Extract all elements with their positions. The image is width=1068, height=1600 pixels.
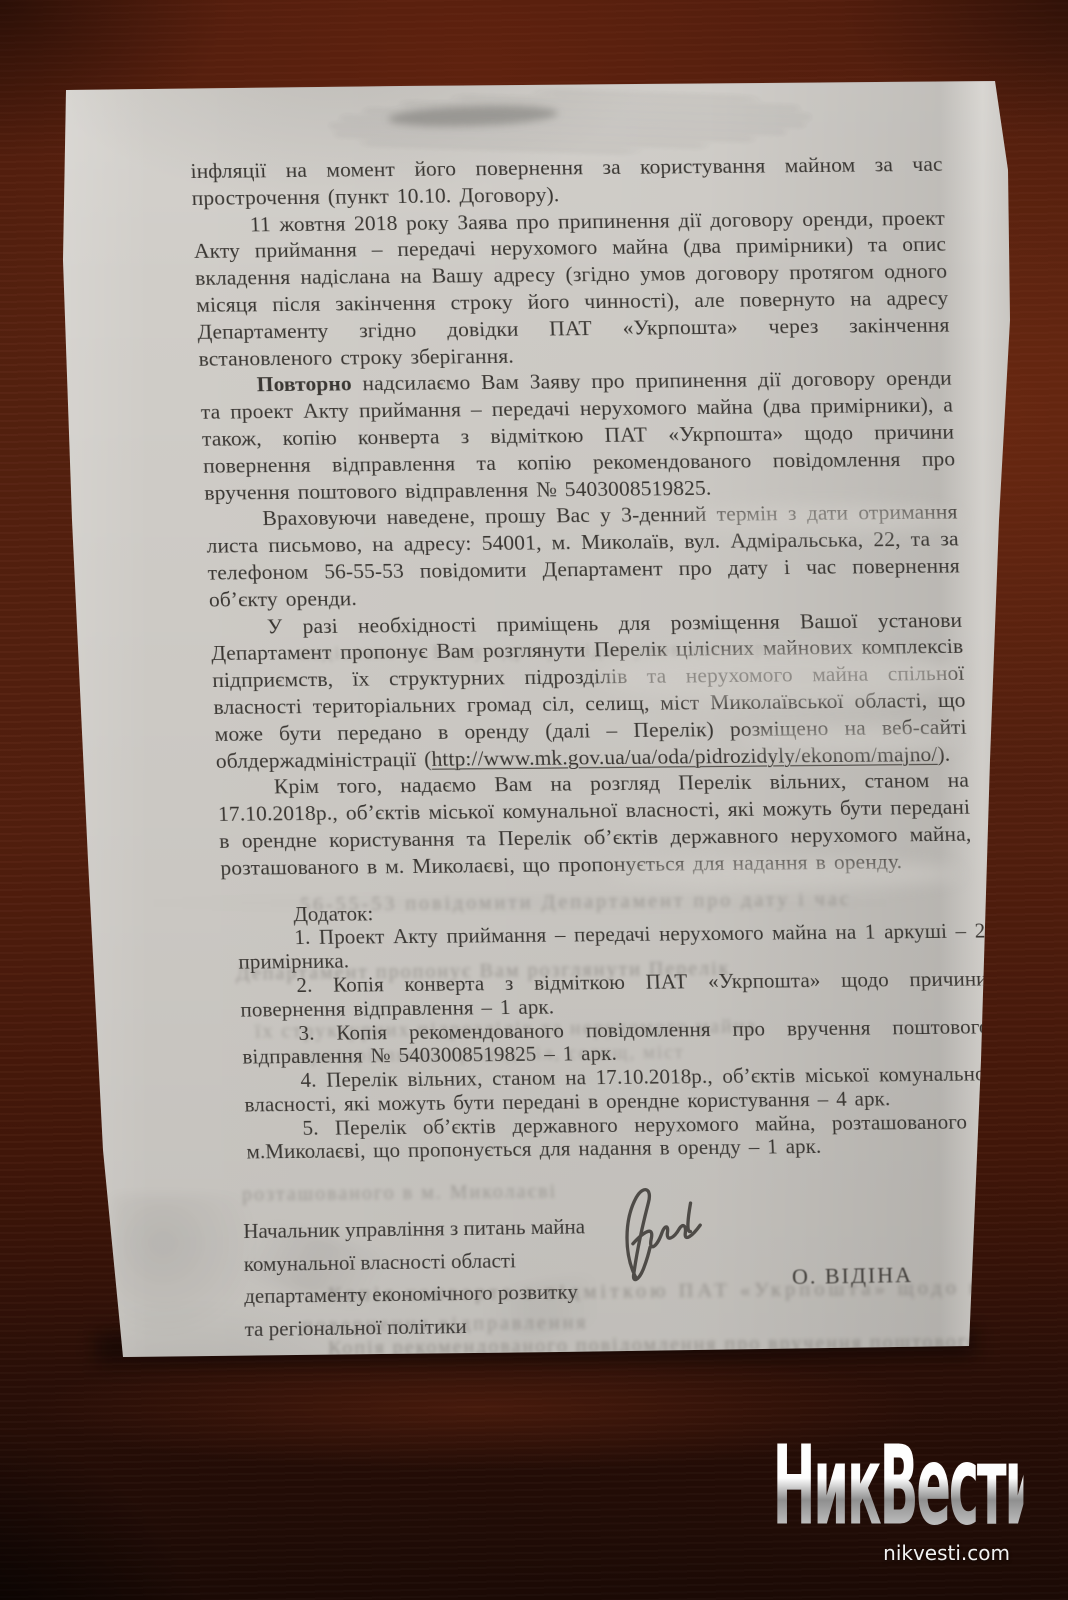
photo-of-document-scene: надіслана на Вашу адресу згідно умов дог… [0, 0, 1068, 1600]
attachment-item: 1. Проект Акту приймання – передачі неру… [237, 920, 987, 975]
paragraph: Крім того, надаємо Вам на розгляд Перелі… [216, 767, 973, 881]
letter-body: інфляції на момент його повернення за ко… [190, 151, 985, 1165]
paragraph: Повторно надсилаємо Вам Заяву про припин… [199, 365, 957, 506]
printed-url: http://www.mk.gov.ua/ua/oda/pidrozidyly/… [431, 741, 938, 770]
signatory-name: О. ВІДІНА [792, 1262, 913, 1290]
paragraph: У разі необхідності приміщень для розміщ… [209, 606, 968, 774]
handwritten-signature [584, 1165, 736, 1299]
attachment-item: 3. Копія рекомендованого повідомлення пр… [241, 1015, 991, 1070]
attachments-section: Додаток: 1. Проект Акту приймання – пере… [236, 896, 995, 1165]
left-edge-marks [78, 1195, 88, 1350]
attachment-item: 4. Перелік вільних, станом на 17.10.2018… [243, 1062, 993, 1117]
paragraph: 11 жовтня 2018 року Заява про припинення… [192, 204, 951, 372]
attachment-item: 5. Перелік об’єктів державного нерухомог… [245, 1110, 995, 1165]
attachment-item: 2. Копія конверта з відміткою ПАТ «Укрпо… [239, 967, 989, 1022]
paragraph: Враховуючи наведене, прошу Вас у 3-денни… [205, 499, 962, 613]
paragraph-text: ). [937, 741, 951, 765]
paper-top-edge-line [62, 76, 996, 88]
watermark-logo: НикВести [773, 1432, 1024, 1542]
signatory-title-line: та регіональної політики [244, 1307, 684, 1346]
bold-lead-word: Повторно [256, 372, 352, 397]
watermark-site-url: nikvesti.com [855, 1541, 1010, 1565]
paragraph-continuation: інфляції на момент його повернення за ко… [190, 151, 944, 212]
ghost-text-line: розташованого в м. Миколаєві [242, 1180, 557, 1206]
